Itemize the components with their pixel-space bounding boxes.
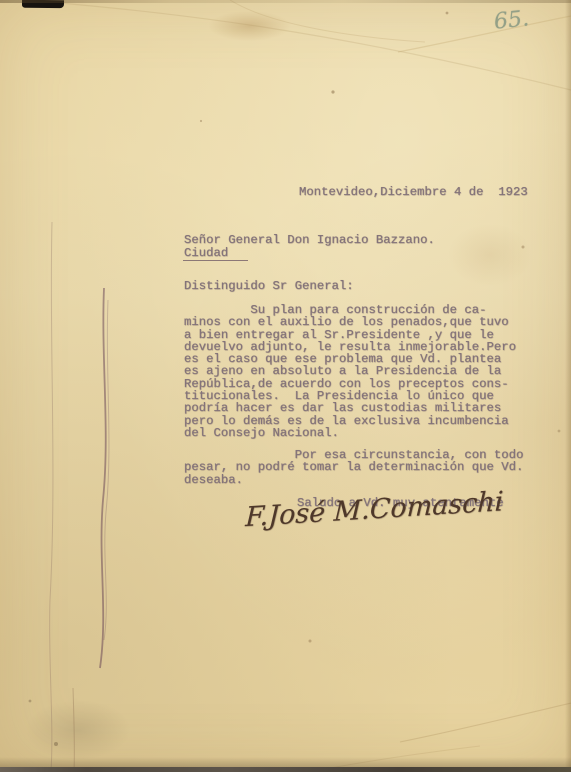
body-paragraph-1: Su plan para construcción de ca- minos c… <box>184 304 516 439</box>
signature-handwritten: F.José M.Comaschi <box>245 486 504 533</box>
paper-stain-right <box>430 210 550 300</box>
recipient-city: Ciudad <box>184 246 228 260</box>
scan-shadow-bottom <box>0 757 571 767</box>
letter-page: 65. Montevideo,Diciembre 4 de 1923 Señor… <box>0 0 571 772</box>
salutation: Distinguido Sr General: <box>184 280 354 292</box>
body-paragraph-2: Por esa circunstancia, con todo pesar, n… <box>184 449 523 486</box>
recipient-block: Señor General Don Ignacio Bazzano. Ciuda… <box>184 234 435 260</box>
recipient-name: Señor General Don Ignacio Bazzano. <box>184 233 435 247</box>
scan-edge-top <box>0 0 571 3</box>
scan-edge-bottom <box>0 767 571 772</box>
scan-edge-right <box>565 0 571 772</box>
letter-dateline: Montevideo,Diciembre 4 de 1923 <box>299 186 528 198</box>
archive-number: 65. <box>493 6 530 35</box>
paper-stain-top <box>192 5 307 47</box>
recipient-city-underline <box>183 260 248 261</box>
